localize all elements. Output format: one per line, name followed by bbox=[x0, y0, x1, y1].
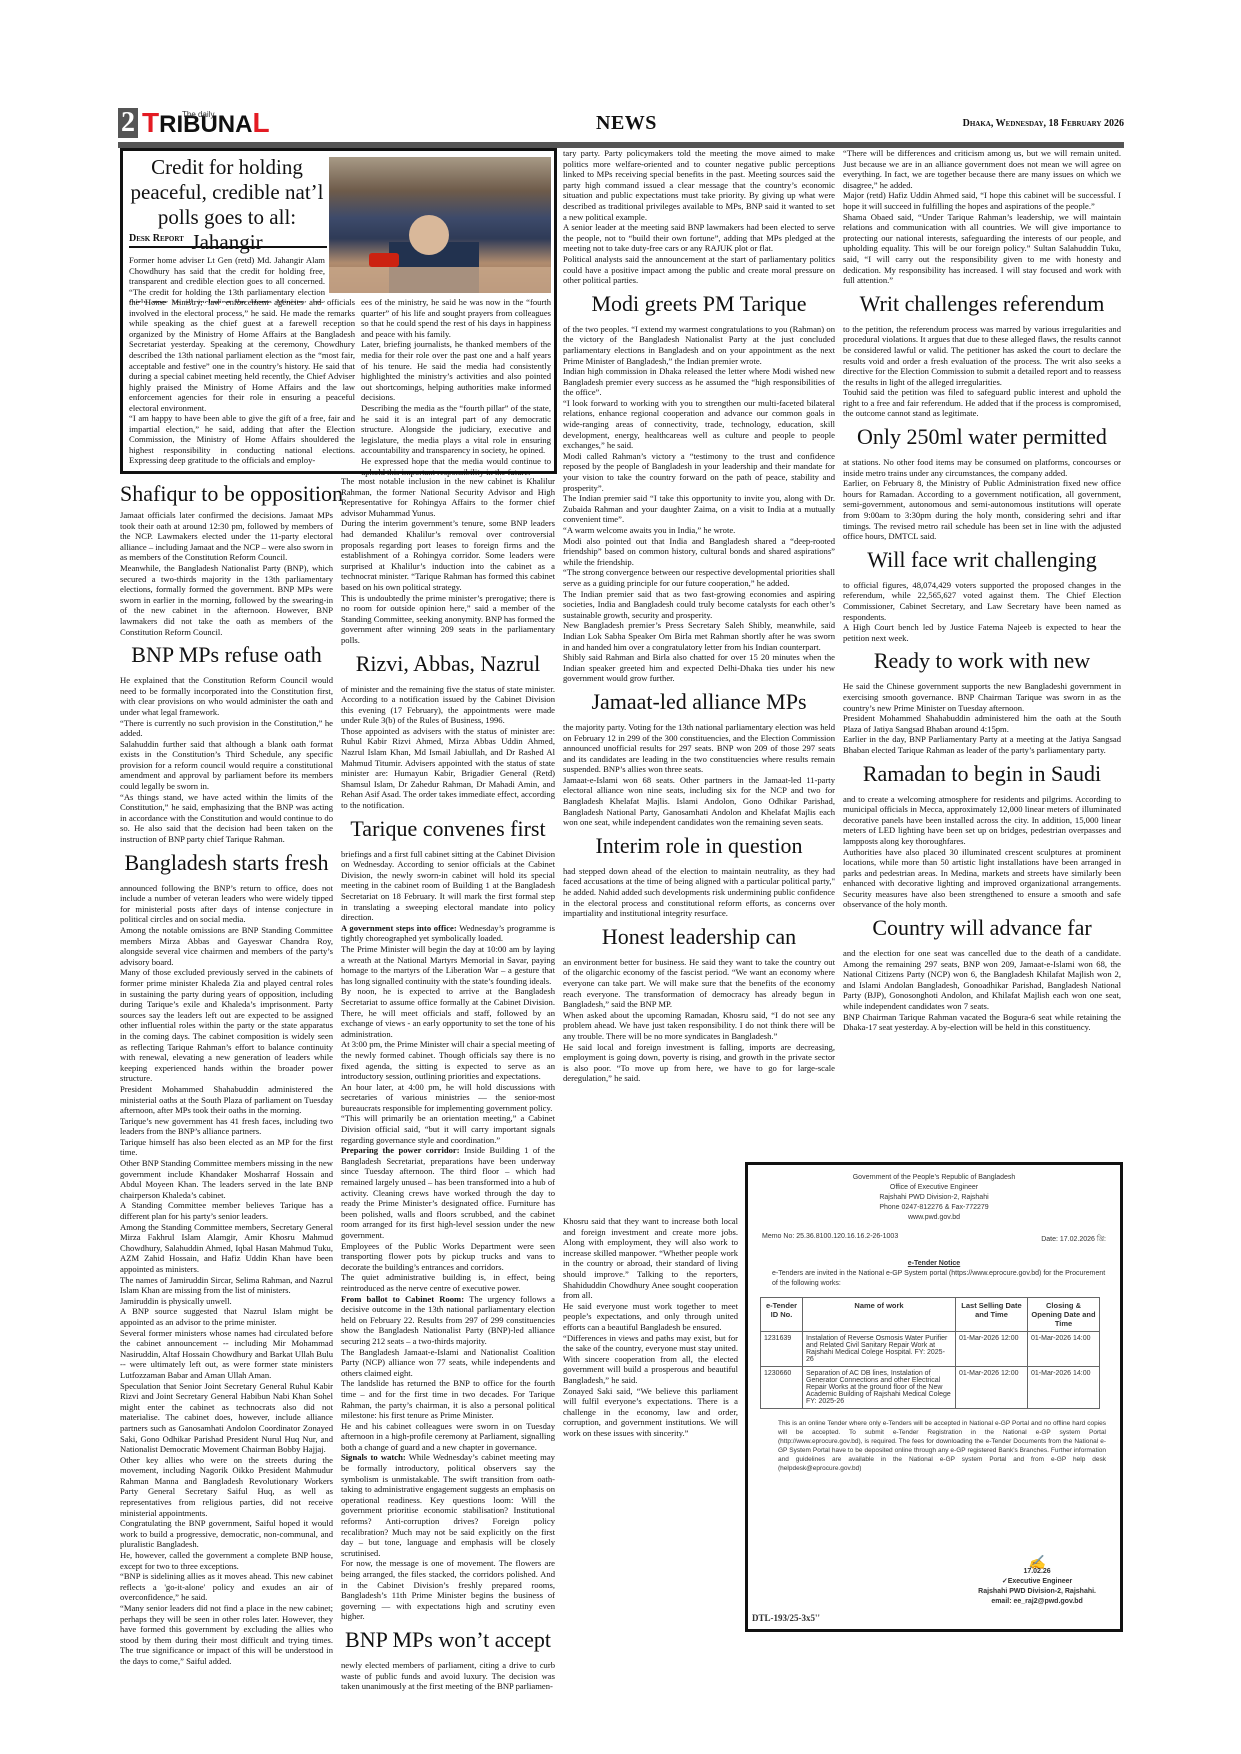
article-shafiqur-body: Jamaat officials later confirmed the dec… bbox=[120, 510, 333, 1667]
signature-block: ✍ 17.02.26 ✓Executive Engineer Rajshahi … bbox=[978, 1557, 1096, 1607]
dateline: Dhaka, Wednesday, 18 February 2026 bbox=[963, 118, 1124, 129]
lead-body-col1-top: Former home adviser Lt Gen (retd) Md. Ja… bbox=[129, 255, 325, 303]
ad-title: e-Tender Notice bbox=[748, 1259, 1120, 1269]
headline: BNP MPs refuse oath bbox=[120, 641, 333, 669]
brand-tagline: The daily bbox=[182, 102, 214, 128]
headline: Ramadan to begin in Saudi bbox=[843, 760, 1121, 788]
headline: Bangladesh starts fresh bbox=[120, 849, 333, 877]
column-middle: tary party. Party policymakers told the … bbox=[563, 148, 835, 1084]
article-khalilur-body: The most notable inclusion in the new ca… bbox=[341, 476, 555, 1692]
brand-name: The daily TRIBUNAL bbox=[142, 110, 270, 138]
signature-icon: ✍ bbox=[978, 1557, 1096, 1567]
lead-body-col1-mid: the Home Ministry, law enforcement agenc… bbox=[129, 297, 355, 415]
headline: Rizvi, Abbas, Nazrul bbox=[341, 650, 555, 678]
headline: Writ challenges referendum bbox=[843, 290, 1121, 318]
memo-number: Memo No: 25.36.8100.120.16.16.2-26-1003 bbox=[762, 1233, 898, 1245]
logo: 2 The daily TRIBUNAL bbox=[118, 108, 270, 138]
table-row: 1231639 Instalation of Reverse Osmosis W… bbox=[761, 1332, 1100, 1367]
memo-date: Date: 17.02.2026 খ্রি: bbox=[1041, 1233, 1106, 1245]
table-row: 1230660 Separation of AC DB lines, Insta… bbox=[761, 1367, 1100, 1409]
headline: Honest leadership can bbox=[563, 923, 835, 951]
headline: Modi greets PM Tarique bbox=[563, 290, 835, 318]
headline: BNP MPs won’t accept bbox=[341, 1626, 555, 1654]
masthead: 2 The daily TRIBUNAL NEWS Dhaka, Wednesd… bbox=[118, 104, 1124, 142]
headline: Shafiqur to be opposition bbox=[120, 480, 333, 508]
microphones-icon bbox=[369, 253, 399, 267]
tender-table: e-Tender ID No. Name of work Last Sellin… bbox=[760, 1297, 1100, 1409]
tender-advertisement: Government of the People’s Republic of B… bbox=[745, 1162, 1123, 1632]
newspaper-page: 2 The daily TRIBUNAL NEWS Dhaka, Wednesd… bbox=[118, 104, 1124, 148]
headline: Ready to work with new bbox=[843, 647, 1121, 675]
column-honest-narrow: Khosru said that they want to increase b… bbox=[563, 1216, 738, 1438]
column-right: “There will be differences and criticism… bbox=[843, 148, 1121, 1033]
ad-code: DTL-193/25-3x5'' bbox=[752, 1613, 820, 1623]
headline: Tarique convenes first bbox=[341, 815, 555, 843]
headline: Jamaat-led alliance MPs bbox=[563, 688, 835, 716]
lead-body-col2: ees of the ministry, he said he was now … bbox=[361, 297, 551, 477]
headline: Country will advance far bbox=[843, 914, 1121, 942]
headline: Will face writ challenging bbox=[843, 546, 1121, 574]
headline: Only 250ml water permitted bbox=[843, 423, 1121, 451]
page-number: 2 bbox=[118, 108, 138, 138]
byline: Desk Report bbox=[129, 233, 327, 248]
headline: Interim role in question bbox=[563, 832, 835, 860]
section-title: NEWS bbox=[596, 112, 657, 135]
lead-photo bbox=[329, 157, 551, 293]
lead-story-box: Credit for holding peaceful, credible na… bbox=[120, 148, 557, 474]
